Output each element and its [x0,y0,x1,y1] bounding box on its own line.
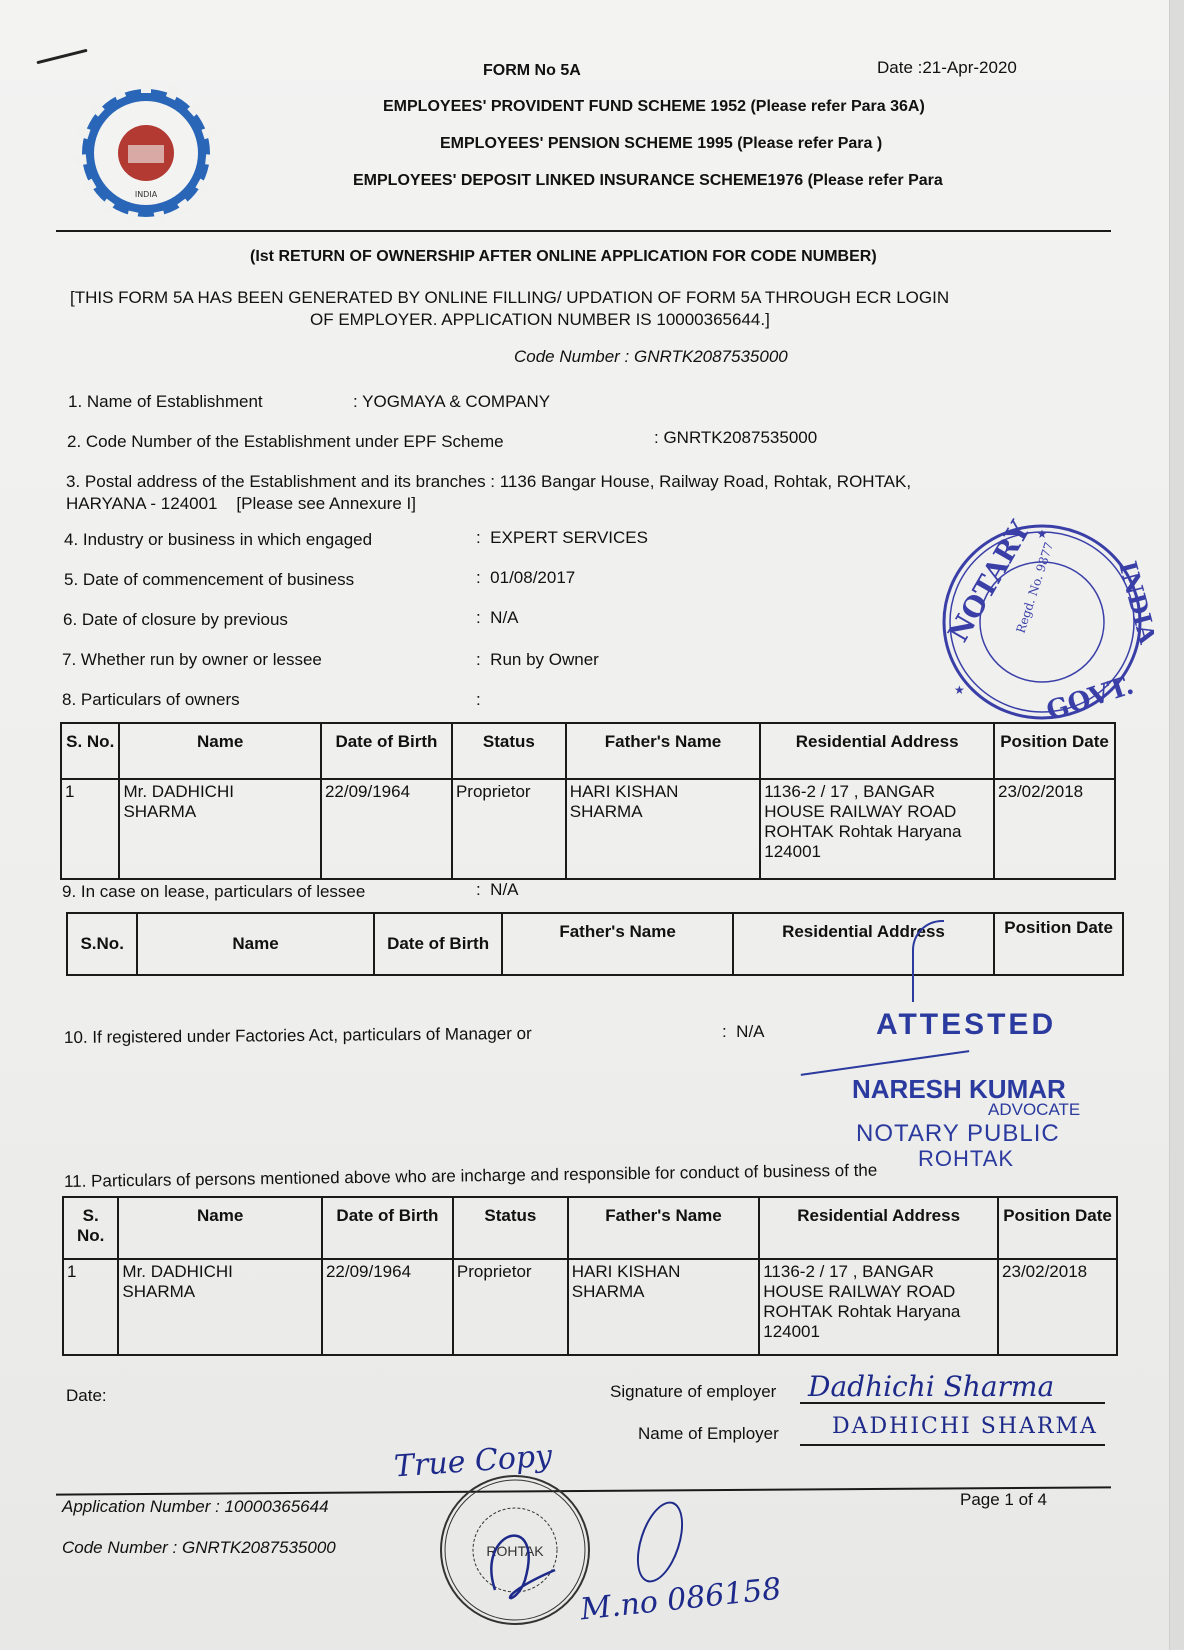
incharge-header-dob: Date of Birth [322,1197,453,1259]
owners-table: S. No. Name Date of Birth Status Father'… [60,722,1116,880]
owners-header-position-date: Position Date [994,723,1115,779]
factories-value: : N/A [722,1022,765,1042]
attested-heading: ATTESTED [876,1008,1056,1042]
incharge-father: HARI KISHANSHARMA [568,1259,759,1355]
lessee-header-dob: Date of Birth [374,913,503,975]
incharge-name: Mr. DADHICHISHARMA [118,1259,322,1355]
document-page: INDIA FORM No 5A Date :21-Apr-2020 EMPLO… [0,0,1170,1650]
header-divider [56,230,1111,232]
owner-address: 1136-2 / 17 , BANGARHOUSE RAILWAY ROADRO… [760,779,994,879]
header-scheme-pension: EMPLOYEES' PENSION SCHEME 1995 (Please r… [440,135,882,153]
table-row: 1 Mr. DADHICHISHARMA 22/09/1964 Propriet… [63,1259,1117,1355]
footer-application-number: Application Number : 10000365644 [62,1497,329,1517]
svg-text:INDIA: INDIA [135,190,158,199]
field-establishment-name-value: : YOGMAYA & COMPANY [353,392,550,412]
lessee-table: S.No. Name Date of Birth Father's Name R… [66,912,1124,976]
lessee-header-position-date: Position Date [994,913,1123,975]
notice-line-1: [THIS FORM 5A HAS BEEN GENERATED BY ONLI… [70,288,949,308]
incharge-position-date: 23/02/2018 [998,1259,1117,1355]
incharge-header-name: Name [118,1197,322,1259]
signature-label: Signature of employer [610,1382,776,1402]
membership-number-handwriting: M.no 086158 [579,1572,783,1628]
field-establishment-name-label: 1. Name of Establishment [68,392,263,412]
incharge-header-address: Residential Address [759,1197,998,1259]
return-title: (Ist RETURN OF OWNERSHIP AFTER ONLINE AP… [250,248,877,266]
field-closure-label: 6. Date of closure by previous [63,610,288,630]
owners-header-address: Residential Address [760,723,994,779]
incharge-header-father: Father's Name [568,1197,759,1259]
owners-header-name: Name [119,723,321,779]
owner-position-date: 23/02/2018 [994,779,1115,879]
field-owners-value: : [476,690,481,710]
incharge-header-status: Status [453,1197,568,1259]
footer-code-number: Code Number : GNRTK2087535000 [62,1538,336,1558]
factories-label: 10. If registered under Factories Act, p… [64,1024,532,1048]
lessee-header-address: Residential Address [733,913,994,975]
notary-seal-stamp: NOTARY Regd. No. 9877 INDIA GOVT. ★ ★ [924,514,1154,724]
field-code-number-value: : GNRTK2087535000 [654,428,817,448]
owner-dob: 22/09/1964 [321,779,452,879]
ca-signature-loop [628,1496,692,1588]
form-date: Date :21-Apr-2020 [877,58,1017,78]
owners-header-status: Status [452,723,566,779]
field-commencement-value: : 01/08/2017 [476,568,575,588]
header-scheme-edli: EMPLOYEES' DEPOSIT LINKED INSURANCE SCHE… [353,172,943,190]
owners-header-sno: S. No. [61,723,119,779]
pen-stroke [912,920,944,1002]
svg-text:GOVT.: GOVT. [1043,670,1138,724]
lessee-header-sno: S.No. [67,913,137,975]
date-label: Date: [66,1386,107,1406]
ca-seal-stamp: ROHTAK [435,1470,595,1630]
epfo-logo-icon: INDIA [66,78,226,228]
field-closure-value: : N/A [476,608,519,628]
owners-header-dob: Date of Birth [321,723,452,779]
staple-mark [36,49,87,64]
header-scheme-pf: EMPLOYEES' PROVIDENT FUND SCHEME 1952 (P… [383,98,925,116]
incharge-table: S. No. Name Date of Birth Status Father'… [62,1196,1118,1356]
incharge-status: Proprietor [453,1259,568,1355]
svg-text:INDIA: INDIA [1113,558,1154,647]
incharge-sno: 1 [63,1259,118,1355]
form-number: FORM No 5A [483,62,581,80]
employer-name-handwriting: DADHICHI SHARMA [832,1414,1098,1439]
lessee-header-name: Name [137,913,373,975]
page-number: Page 1 of 4 [960,1490,1047,1510]
owner-sno: 1 [61,779,119,879]
svg-text:★: ★ [954,683,965,697]
lessee-header-father: Father's Name [502,913,732,975]
owners-header-father: Father's Name [566,723,760,779]
svg-text:★: ★ [1037,527,1048,541]
employer-name-line [800,1444,1105,1446]
owner-status: Proprietor [452,779,566,879]
employer-name-label: Name of Employer [638,1424,779,1444]
incharge-dob: 22/09/1964 [322,1259,453,1355]
field-industry-label: 4. Industry or business in which engaged [64,530,372,550]
field-industry-value: : EXPERT SERVICES [476,528,648,548]
field-run-by-value: : Run by Owner [476,650,599,670]
employer-signature: Dadhichi Sharma [808,1370,1054,1403]
code-number-heading: Code Number : GNRTK2087535000 [514,347,788,367]
owner-name: Mr. DADHICHISHARMA [119,779,321,879]
field-postal-address-label: 3. Postal address of the Establishment a… [66,472,911,492]
notice-line-2: OF EMPLOYER. APPLICATION NUMBER IS 10000… [310,310,770,330]
incharge-header-position-date: Position Date [998,1197,1117,1259]
incharge-address: 1136-2 / 17 , BANGARHOUSE RAILWAY ROADRO… [759,1259,998,1355]
attested-signature-stroke [801,1050,970,1076]
incharge-header-sno: S. No. [63,1197,118,1259]
field-run-by-label: 7. Whether run by owner or lessee [62,650,322,670]
field-postal-address-value: HARYANA - 124001 [Please see Annexure I] [66,494,416,514]
page-edge [1169,0,1184,1650]
incharge-label: 11. Particulars of persons mentioned abo… [64,1161,878,1192]
lessee-label: 9. In case on lease, particulars of less… [62,882,365,902]
field-code-number-label: 2. Code Number of the Establishment unde… [67,432,504,452]
table-row: 1 Mr. DADHICHISHARMA 22/09/1964 Propriet… [61,779,1115,879]
attested-place: ROHTAK [918,1146,1014,1172]
field-commencement-label: 5. Date of commencement of business [64,570,354,590]
attested-title: ADVOCATE [988,1100,1080,1120]
lessee-value: : N/A [476,880,519,900]
attested-role: NOTARY PUBLIC [856,1120,1060,1148]
field-owners-label: 8. Particulars of owners [62,690,240,710]
owner-father: HARI KISHANSHARMA [566,779,760,879]
